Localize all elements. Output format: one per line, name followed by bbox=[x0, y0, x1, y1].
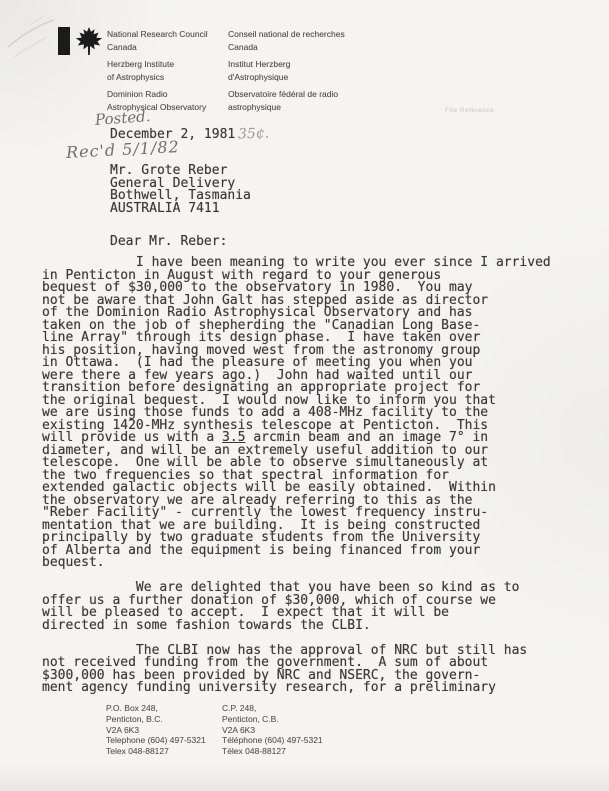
org-herzberg-fr: Institut Herzberg d'Astrophysique bbox=[228, 58, 290, 84]
file-reference-label: File Reference bbox=[445, 107, 494, 114]
letter-body-text-2: arcmin beam and an image 7° in diameter,… bbox=[42, 430, 527, 695]
letter-date: December 2, 1981 bbox=[110, 129, 235, 142]
org-nrc-en: National Research Council Canada bbox=[107, 28, 208, 54]
footer-address-fr: C.P. 248, Penticton, C.B. V2A 6K3 Téléph… bbox=[222, 703, 323, 757]
handwritten-postage-note: 35¢. bbox=[238, 125, 270, 142]
salutation: Dear Mr. Reber: bbox=[110, 236, 227, 249]
org-herzberg-en: Herzberg Institute of Astrophysics bbox=[107, 58, 174, 84]
recipient-address: Mr. Grote Reber General Delivery Bothwel… bbox=[110, 165, 251, 215]
letter-body: I have been meaning to write you ever si… bbox=[42, 257, 551, 695]
canada-flag-icon bbox=[58, 27, 104, 55]
org-nrc-fr: Conseil national de recherches Canada bbox=[228, 28, 345, 54]
org-drao-fr: Observatoire fédéral de radio astrophysi… bbox=[228, 88, 338, 114]
footer-address-en: P.O. Box 248, Penticton, B.C. V2A 6K3 Te… bbox=[106, 703, 206, 757]
letter-body-text-1: I have been meaning to write you ever si… bbox=[42, 255, 551, 445]
scanned-letter-page: National Research Council Canada Conseil… bbox=[0, 0, 609, 791]
handwritten-posted-note: Posted. bbox=[94, 107, 151, 129]
